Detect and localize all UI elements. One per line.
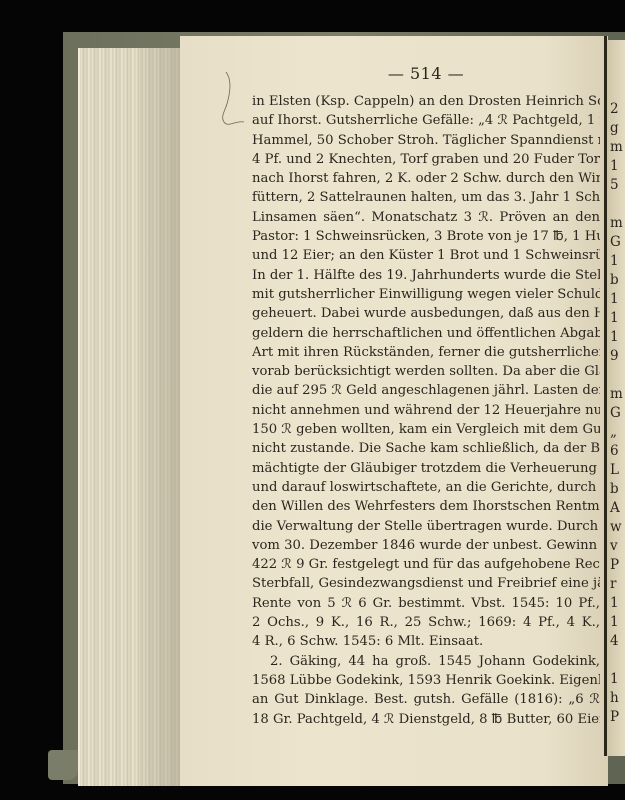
- text-line: und darauf loswirtschaftete, an die Geri…: [252, 478, 600, 497]
- page-edges-shadow: [140, 48, 180, 786]
- text-line: Linsamen säen“. Monatschatz 3 ℛ. Pröven …: [252, 208, 600, 227]
- facing-page-text-fragment: 2 g m 1 5 m G 1 b 1 1 1 9 m G „ 6 L b A …: [610, 100, 623, 727]
- page-number-header: — 514 —: [240, 64, 612, 83]
- text-line: Art mit ihren Rückständen, ferner die gu…: [252, 343, 600, 362]
- text-line: an Gut Dinklage. Best. gutsh. Gefälle (1…: [252, 690, 600, 709]
- cover-frayed-corner: [48, 750, 78, 780]
- text-line: nach Ihorst fahren, 2 K. oder 2 Schw. du…: [252, 169, 600, 188]
- text-line: mit gutsherrlicher Einwilligung wegen vi…: [252, 285, 600, 304]
- text-line: und 12 Eier; an den Küster 1 Brot und 1 …: [252, 246, 600, 265]
- text-line: vom 30. Dezember 1846 wurde der unbest. …: [252, 536, 600, 555]
- text-line: 1568 Lübbe Godekink, 1593 Henrik Goekink…: [252, 671, 600, 690]
- text-line: füttern, 2 Sattelraunen halten, um das 3…: [252, 188, 600, 207]
- text-line: 2 Ochs., 9 K., 16 R., 25 Schw.; 1669: 4 …: [252, 613, 600, 632]
- text-line: Pastor: 1 Schweinsrücken, 3 Brote von je…: [252, 227, 600, 246]
- text-line: 4 Pf. und 2 Knechten, Torf graben und 20…: [252, 150, 600, 169]
- text-line: geldern die herrschaftlichen und öffentl…: [252, 324, 600, 343]
- text-line: mächtigte der Gläubiger trotzdem die Ver…: [252, 459, 600, 478]
- text-line: In der 1. Hälfte des 19. Jahrhunderts wu…: [252, 266, 600, 285]
- text-line: vorab berücksichtigt werden sollten. Da …: [252, 362, 600, 381]
- text-line: die Verwaltung der Stelle übertragen wur…: [252, 517, 600, 536]
- text-line: den Willen des Wehrfesters dem Ihorstsch…: [252, 497, 600, 516]
- text-line: nicht annehmen und während der 12 Heuerj…: [252, 401, 600, 420]
- text-line: die auf 295 ℛ Geld angeschlagenen jährl.…: [252, 381, 600, 400]
- text-line: 422 ℛ 9 Gr. festgelegt und für das aufge…: [252, 555, 600, 574]
- text-line: 4 R., 6 Schw. 1545: 6 Mlt. Einsaat.: [252, 632, 600, 651]
- page-body-text: in Elsten (Ksp. Cappeln) an den Drosten …: [252, 92, 600, 729]
- text-line: geheuert. Dabei wurde ausbedungen, daß a…: [252, 304, 600, 323]
- text-line: Rente von 5 ℛ 6 Gr. bestimmt. Vbst. 1545…: [252, 594, 600, 613]
- text-line: 150 ℛ geben wollten, kam ein Vergleich m…: [252, 420, 600, 439]
- text-line: nicht zustande. Die Sache kam schließlic…: [252, 439, 600, 458]
- text-line: auf Ihorst. Gutsherrliche Gefälle: „4 ℛ …: [252, 111, 600, 130]
- text-line: Sterbfall, Gesindezwangsdienst und Freib…: [252, 574, 600, 593]
- facing-page-edge: 2 g m 1 5 m G 1 b 1 1 1 9 m G „ 6 L b A …: [607, 40, 625, 756]
- text-line: in Elsten (Ksp. Cappeln) an den Drosten …: [252, 92, 600, 111]
- text-line-section-start: 2. Gäking, 44 ha groß. 1545 Johann Godek…: [252, 652, 600, 671]
- text-line: Hammel, 50 Schober Stroh. Täglicher Span…: [252, 131, 600, 150]
- text-line: 18 Gr. Pachtgeld, 4 ℛ Dienstgeld, 8 ℔ Bu…: [252, 710, 600, 729]
